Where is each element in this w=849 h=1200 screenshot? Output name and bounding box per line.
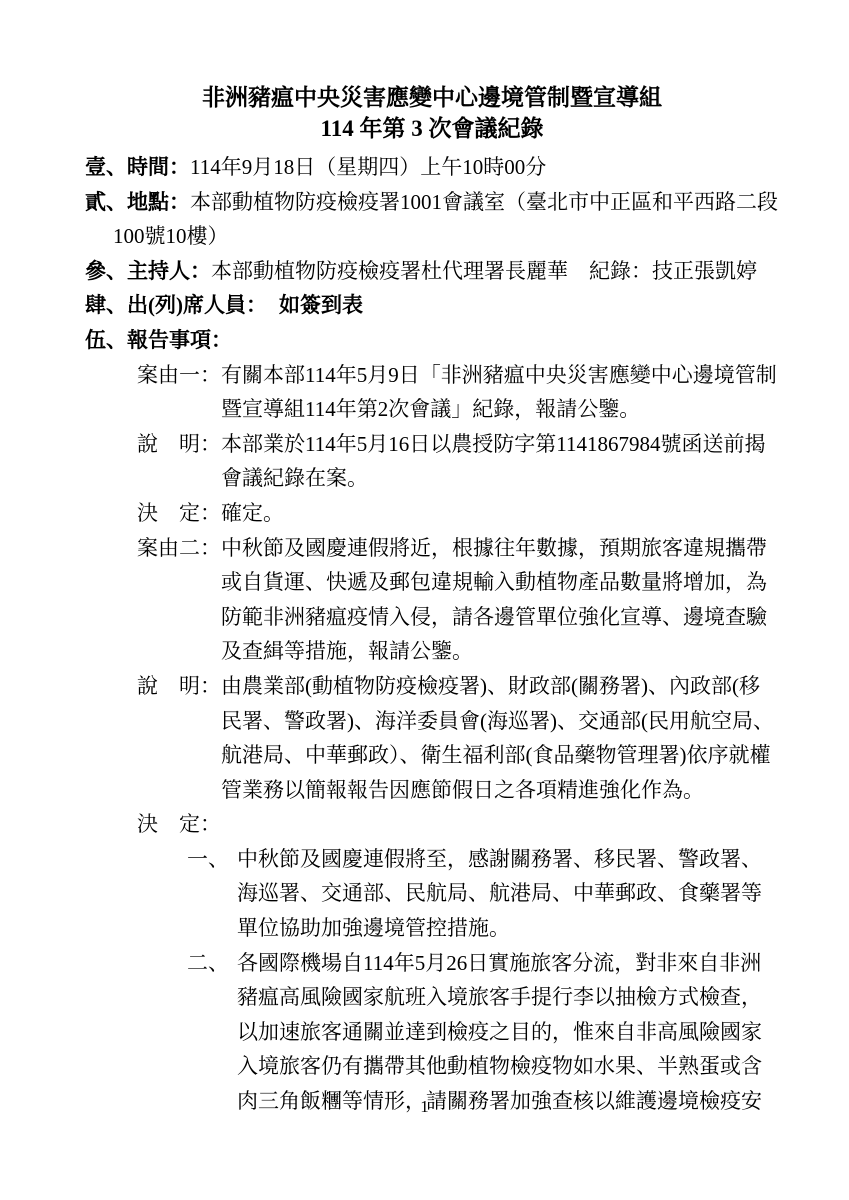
meta-text: 如簽到表 [267,293,363,317]
decision-number: 二、 [187,946,237,1119]
meta-label: 肆、出(列)席人員： [85,293,267,317]
meta-label: 伍、報告事項： [85,328,232,352]
meta-text: 本部動植物防疫檢疫署1001會議室（臺北市中正區和平西路二段100號10樓） [113,190,778,249]
report-text: 確定。 [221,496,779,531]
meta-label: 參、主持人： [85,259,211,283]
meta-text: 114年9月18日（星期四）上午10時00分 [190,155,546,179]
document-page: 非洲豬瘟中央災害應變中心邊境管制暨宣導組 114 年第 3 次會議紀錄 壹、時間… [0,0,849,1200]
title-line-2: 114 年第 3 次會議紀錄 [85,113,779,144]
report-item-case1: 案由一： 有關本部114年5月9日「非洲豬瘟中央災害應變中心邊境管制暨宣導組11… [137,358,779,427]
meta-text: 本部動植物防疫檢疫署杜代理署長麗華 紀錄：技正張凱婷 [211,259,757,283]
meta-item-attendees: 肆、出(列)席人員：如簽到表 [85,288,779,323]
report-label: 決 定： [137,496,221,531]
report-label: 說 明： [137,427,221,496]
report-item-case2: 案由二： 中秋節及國慶連假將近，根據往年數據，預期旅客違規攜帶或自貨運、快遞及郵… [137,531,779,669]
report-label: 案由一： [137,358,221,427]
meta-item-report-section: 伍、報告事項： [85,323,779,358]
title-line-1: 非洲豬瘟中央災害應變中心邊境管制暨宣導組 [85,82,779,113]
report-item-case2-decision: 決 定： [137,807,779,842]
decision-number: 一、 [187,842,237,946]
report-item-case2-explanation: 說 明： 由農業部(動植物防疫檢疫署)、財政部(關務署)、內政部(移民署、警政署… [137,669,779,807]
report-label: 案由二： [137,531,221,669]
decision-item-1: 一、 中秋節及國慶連假將至，感謝關務署、移民署、警政署、海巡署、交通部、民航局、… [187,842,779,946]
decision-item-2: 二、 各國際機場自114年5月26日實施旅客分流，對非來自非洲豬瘟高風險國家航班… [187,946,779,1119]
report-item-case1-decision: 決 定： 確定。 [137,496,779,531]
meta-item-chairperson: 參、主持人：本部動植物防疫檢疫署杜代理署長麗華 紀錄：技正張凱婷 [85,254,779,289]
decision-text: 各國際機場自114年5月26日實施旅客分流，對非來自非洲豬瘟高風險國家航班入境旅… [237,946,779,1119]
report-label: 說 明： [137,669,221,807]
report-text: 由農業部(動植物防疫檢疫署)、財政部(關務署)、內政部(移民署、警政署)、海洋委… [221,669,779,807]
decision-text: 中秋節及國慶連假將至，感謝關務署、移民署、警政署、海巡署、交通部、民航局、航港局… [237,842,779,946]
page-number: 1 [0,1096,849,1118]
report-text: 有關本部114年5月9日「非洲豬瘟中央災害應變中心邊境管制暨宣導組114年第2次… [221,358,779,427]
report-text: 中秋節及國慶連假將近，根據往年數據，預期旅客違規攜帶或自貨運、快遞及郵包違規輸入… [221,531,779,669]
meta-item-time: 壹、時間：114年9月18日（星期四）上午10時00分 [85,150,779,185]
report-label: 決 定： [137,807,221,842]
document-title: 非洲豬瘟中央災害應變中心邊境管制暨宣導組 114 年第 3 次會議紀錄 [85,82,779,144]
document-body: 壹、時間：114年9月18日（星期四）上午10時00分 貳、地點：本部動植物防疫… [85,150,779,1119]
report-text: 本部業於114年5月16日以農授防字第1141867984號函送前揭會議紀錄在案… [221,427,779,496]
meta-item-location: 貳、地點：本部動植物防疫檢疫署1001會議室（臺北市中正區和平西路二段100號1… [85,185,779,254]
report-item-case1-explanation: 說 明： 本部業於114年5月16日以農授防字第1141867984號函送前揭會… [137,427,779,496]
meta-label: 壹、時間： [85,155,190,179]
meta-label: 貳、地點： [85,190,190,214]
report-text [221,807,779,842]
